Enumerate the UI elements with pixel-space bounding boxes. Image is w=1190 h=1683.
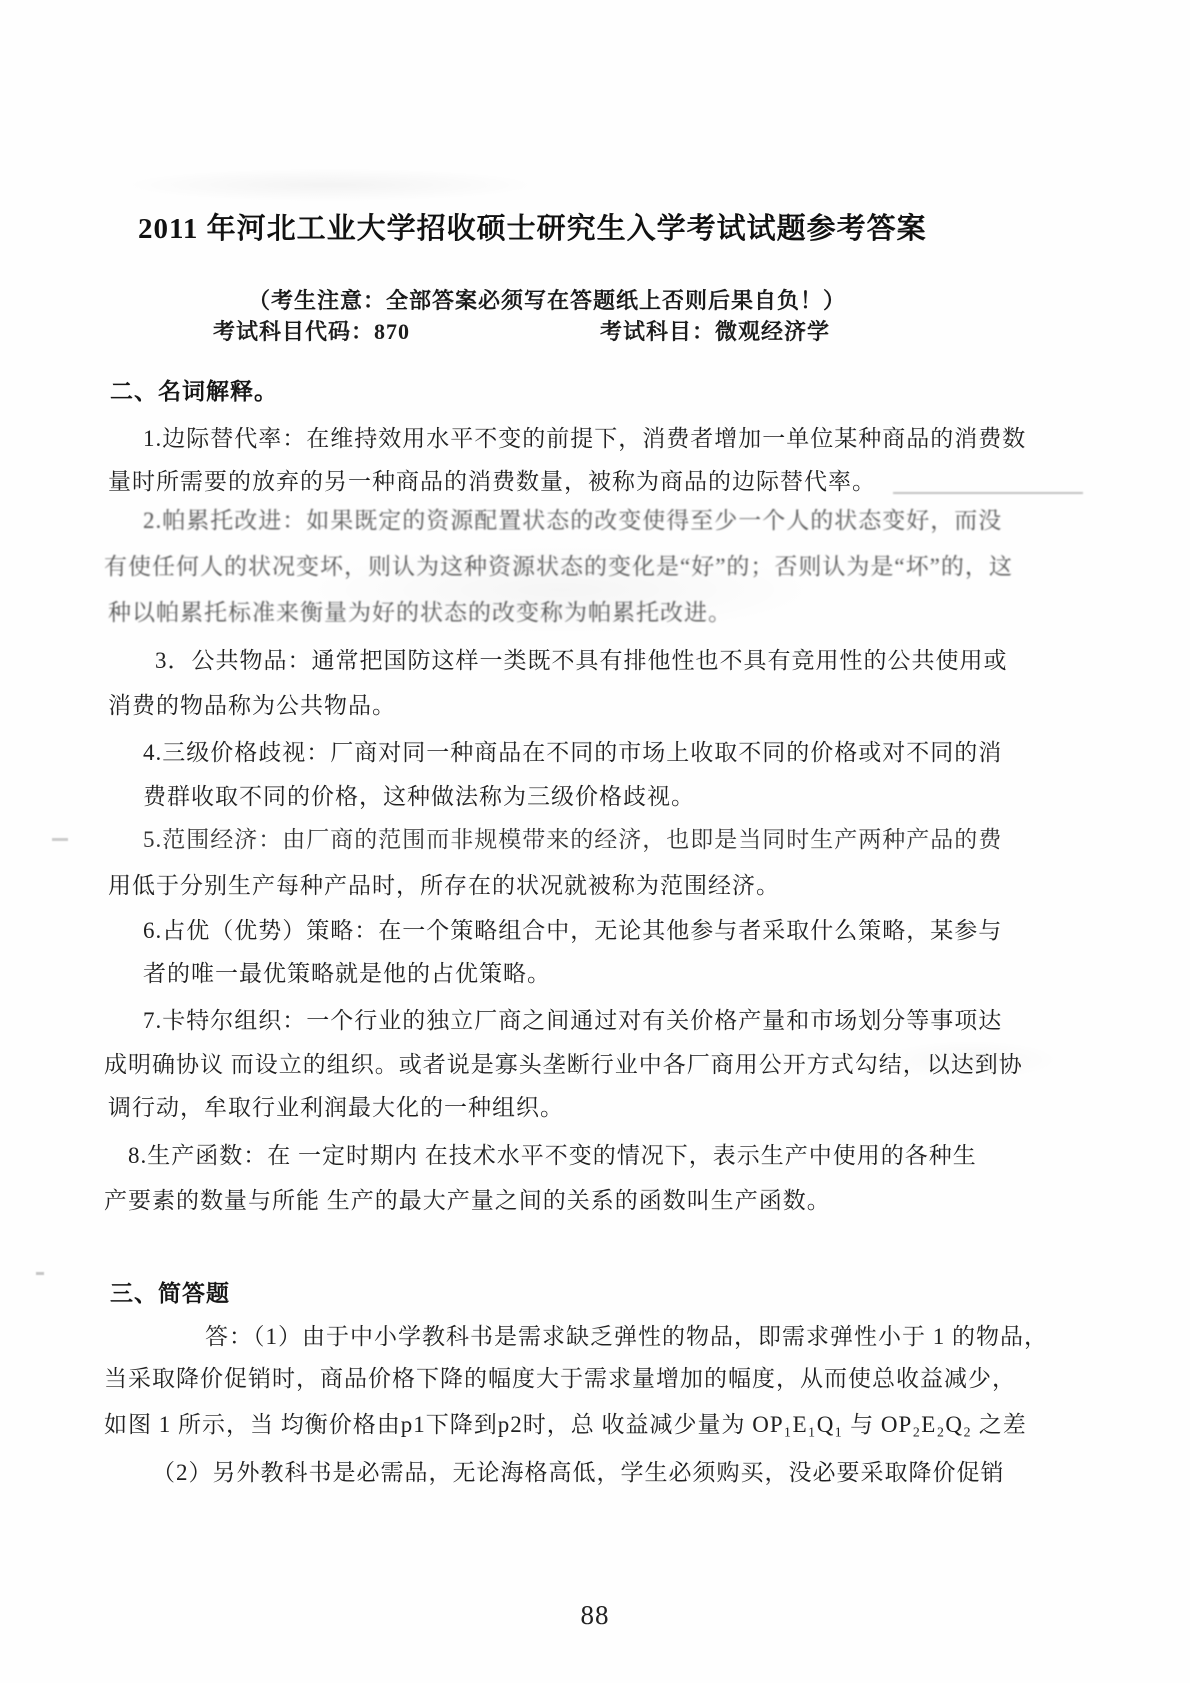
definition-line: 5.范围经济：由厂商的范围而非规模带来的经济，也即是当同时生产两种产品的费	[143, 821, 1002, 854]
definition-line: 1.边际替代率：在维持效用水平不变的前提下，消费者增加一单位某种商品的消费数	[143, 420, 1026, 453]
definition-line: 成明确协议 而设立的组织。或者说是寡头垄断行业中各厂商用公开方式勾结，以达到协	[104, 1046, 1023, 1079]
definition-line: 费群收取不同的价格，这种做法称为三级价格歧视。	[143, 778, 695, 811]
section-3-heading: 三、简答题	[110, 1275, 230, 1308]
definition-line: 8.生产函数：在 一定时期内 在技术水平不变的情况下，表示生产中使用的各种生	[128, 1137, 977, 1170]
definition-line: 调行动，牟取行业利润最大化的一种组织。	[108, 1089, 564, 1122]
subject-code: 考试科目代码：870	[213, 315, 410, 346]
section-2-heading: 二、名词解释。	[110, 373, 278, 406]
answer-line: 答：（1）由于中小学教科书是需求缺乏弹性的物品，即需求弹性小于 1 的物品，	[205, 1318, 1048, 1351]
answer-line: 当采取降价促销时，商品价格下降的幅度大于需求量增加的幅度，从而使总收益减少，	[104, 1360, 1016, 1393]
definition-line: 6.占优（优势）策略：在一个策略组合中，无论其他参与者采取什么策略，某参与	[143, 912, 1002, 945]
definition-line: 用低于分别生产每种产品时，所存在的状况就被称为范围经济。	[108, 867, 780, 900]
document-page: 2011 年河北工业大学招收硕士研究生入学考试试题参考答案 （考生注意：全部答案…	[0, 0, 1190, 1683]
definition-line: 2.帕累托改进：如果既定的资源配置状态的改变使得至少一个人的状态变好，而没	[143, 502, 1002, 535]
scan-mark	[36, 1272, 44, 1275]
answer-line: 如图 1 所示，当 均衡价格由p1下降到p2时，总 收益减少量为 OP₁E₁Q₁…	[104, 1406, 1027, 1439]
definition-line: 4.三级价格歧视：厂商对同一种商品在不同的市场上收取不同的价格或对不同的消	[143, 734, 1002, 767]
definition-line: 有使任何人的状况变坏，则认为这种资源状态的变化是“好”的；否则认为是“坏”的，这	[104, 548, 1013, 581]
definition-line: 消费的物品称为公共物品。	[108, 687, 396, 720]
definition-line: 量时所需要的放弃的另一种商品的消费数量，被称为商品的边际替代率。	[108, 463, 876, 496]
subject-name: 考试科目：微观经济学	[600, 315, 830, 346]
scan-mark	[52, 838, 68, 841]
candidate-notice: （考生注意：全部答案必须写在答题纸上否则后果自负！）	[248, 284, 846, 315]
definition-line: 3．公共物品：通常把国防这样一类既不具有排他性也不具有竞用性的公共使用或	[155, 642, 1008, 675]
scan-streak	[893, 492, 1083, 494]
definition-line: 产要素的数量与所能 生产的最大产量之间的关系的函数叫生产函数。	[104, 1182, 831, 1215]
scan-smudge	[120, 168, 540, 202]
document-title: 2011 年河北工业大学招收硕士研究生入学考试试题参考答案	[138, 206, 927, 247]
definition-line: 7.卡特尔组织：一个行业的独立厂商之间通过对有关价格产量和市场划分等事项达	[143, 1002, 1002, 1035]
definition-line: 者的唯一最优策略就是他的占优策略。	[143, 955, 551, 988]
page-number: 88	[0, 1600, 1190, 1631]
answer-line: （2）另外教科书是必需品，无论海格高低，学生必须购买，没必要采取降价促销	[152, 1454, 1005, 1487]
definition-line: 种以帕累托标准来衡量为好的状态的改变称为帕累托改进。	[108, 594, 732, 627]
